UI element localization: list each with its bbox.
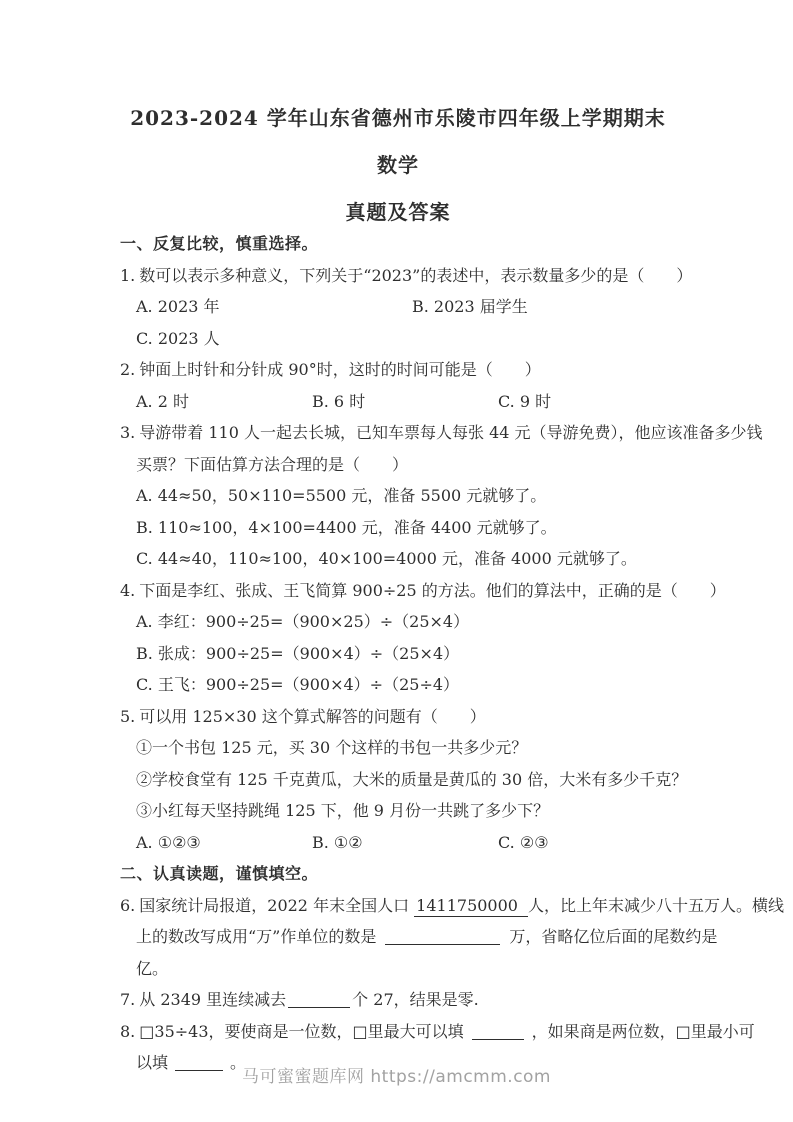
underlined-population-number: 1411750000 bbox=[414, 896, 528, 917]
question-2-option-c: C. 9 时 bbox=[498, 386, 551, 418]
question-5-stem: 5.可以用 125×30 这个算式解答的问题有（ ） bbox=[120, 701, 676, 733]
question-2-option-b: B. 6 时 bbox=[312, 386, 498, 418]
question-4-number: 4. bbox=[120, 581, 135, 600]
fill-blank bbox=[385, 928, 500, 945]
page-title: 2023-2024 学年山东省德州市乐陵市四年级上学期期末数学 真题及答案 bbox=[120, 95, 676, 236]
question-1-options-row-2: C. 2023 人 bbox=[120, 323, 676, 355]
question-6-text-part-4: 万，省略亿位后面的尾数约是 bbox=[509, 927, 717, 946]
question-2-options-row: A. 2 时 B. 6 时 C. 9 时 bbox=[120, 386, 676, 418]
question-6-line-1: 6.国家统计局报道，2022 年末全国人口 1411750000人，比上年末减少… bbox=[120, 890, 676, 922]
question-5-options-row: A. ①②③ B. ①② C. ②③ bbox=[120, 827, 676, 859]
question-7-text-part-1: 从 2349 里连续减去 bbox=[139, 990, 286, 1009]
question-3-option-a: A. 44≈50，50×110=5500 元，准备 5500 元就够了。 bbox=[120, 480, 676, 512]
fill-blank bbox=[288, 991, 350, 1008]
question-6-line-3: 亿。 bbox=[120, 953, 676, 985]
question-1-option-c: C. 2023 人 bbox=[136, 323, 220, 355]
question-5-number: 5. bbox=[120, 707, 135, 726]
question-5-subitem-2: ②学校食堂有 125 千克黄瓜，大米的质量是黄瓜的 30 倍，大米有多少千克？ bbox=[120, 764, 676, 796]
question-6-number: 6. bbox=[120, 896, 135, 915]
site-watermark: 马可蜜蜜题库网 https://amcmm.com bbox=[0, 1062, 793, 1087]
question-4-option-a: A. 李红：900÷25=（900×25）÷（25×4） bbox=[120, 606, 676, 638]
question-3-option-b: B. 110≈100，4×100=4400 元，准备 4400 元就够了。 bbox=[120, 512, 676, 544]
question-7-number: 7. bbox=[120, 990, 135, 1009]
question-1-stem: 1.数可以表示多种意义，下列关于“2023”的表述中，表示数量多少的是（ ） bbox=[120, 260, 676, 292]
question-4-option-c: C. 王飞：900÷25=（900×4）÷（25÷4） bbox=[120, 669, 676, 701]
question-5-subitem-3: ③小红每天坚持跳绳 125 下，他 9 月份一共跳了多少下？ bbox=[120, 795, 676, 827]
question-1-option-a: A. 2023 年 bbox=[136, 291, 412, 323]
question-3-text-line-1: 导游带着 110 人一起去长城，已知车票每人每张 44 元（导游免费），他应该准… bbox=[139, 423, 762, 442]
question-8-text-part-1: □35÷43，要使商是一位数，□里最大可以填 bbox=[139, 1022, 463, 1041]
question-5-option-b: B. ①② bbox=[312, 827, 498, 859]
question-6-text-part-2: 人，比上年末减少八十五万人。横线 bbox=[528, 896, 784, 915]
question-5-option-a: A. ①②③ bbox=[136, 827, 312, 859]
question-5-option-c: C. ②③ bbox=[498, 827, 549, 859]
question-8-number: 8. bbox=[120, 1022, 135, 1041]
section-2-header: 二、认真读题，谨慎填空。 bbox=[120, 858, 676, 890]
fill-blank bbox=[472, 1023, 524, 1040]
question-3-option-c: C. 44≈40，110≈100，40×100=4000 元，准备 4000 元… bbox=[120, 543, 676, 575]
question-4-stem: 4.下面是李红、张成、王飞简算 900÷25 的方法。他们的算法中，正确的是（ … bbox=[120, 575, 676, 607]
question-1-number: 1. bbox=[120, 266, 135, 285]
question-5-subitem-1: ①一个书包 125 元，买 30 个这样的书包一共多少元？ bbox=[120, 732, 676, 764]
question-4-text: 下面是李红、张成、王飞简算 900÷25 的方法。他们的算法中，正确的是（ ） bbox=[139, 581, 725, 600]
question-3-stem-line-1: 3.导游带着 110 人一起去长城，已知车票每人每张 44 元（导游免费），他应… bbox=[120, 417, 676, 449]
question-2-option-a: A. 2 时 bbox=[136, 386, 312, 418]
title-line-1: 2023-2024 学年山东省德州市乐陵市四年级上学期期末数学 bbox=[120, 95, 676, 189]
question-1-text: 数可以表示多种意义，下列关于“2023”的表述中，表示数量多少的是（ ） bbox=[139, 266, 692, 285]
question-7-line: 7.从 2349 里连续减去个 27，结果是零. bbox=[120, 984, 676, 1016]
exam-page: 2023-2024 学年山东省德州市乐陵市四年级上学期期末数学 真题及答案 一、… bbox=[0, 0, 793, 1122]
question-3-number: 3. bbox=[120, 423, 135, 442]
question-1-options-row-1: A. 2023 年 B. 2023 届学生 bbox=[120, 291, 676, 323]
question-8-text-part-2: ，如果商是两位数，□里最小可 bbox=[532, 1022, 755, 1041]
question-6-line-2: 上的数改写成用“万”作单位的数是万，省略亿位后面的尾数约是 bbox=[120, 921, 676, 953]
question-6-text-part-3: 上的数改写成用“万”作单位的数是 bbox=[136, 927, 376, 946]
question-3-stem-line-2: 买票？下面估算方法合理的是（ ） bbox=[120, 449, 676, 481]
question-1-option-b: B. 2023 届学生 bbox=[412, 291, 528, 323]
question-2-number: 2. bbox=[120, 360, 135, 379]
question-4-option-b: B. 张成：900÷25=（900×4）÷（25×4） bbox=[120, 638, 676, 670]
question-7-text-part-2: 个 27，结果是零. bbox=[352, 990, 479, 1009]
question-2-stem: 2.钟面上时针和分针成 90°时，这时的时间可能是（ ） bbox=[120, 354, 676, 386]
question-6-text-part-1: 国家统计局报道，2022 年末全国人口 bbox=[139, 896, 409, 915]
question-5-text: 可以用 125×30 这个算式解答的问题有（ ） bbox=[139, 707, 485, 726]
question-8-line-1: 8.□35÷43，要使商是一位数，□里最大可以填，如果商是两位数，□里最小可 bbox=[120, 1016, 676, 1048]
question-2-text: 钟面上时针和分针成 90°时，这时的时间可能是（ ） bbox=[139, 360, 540, 379]
